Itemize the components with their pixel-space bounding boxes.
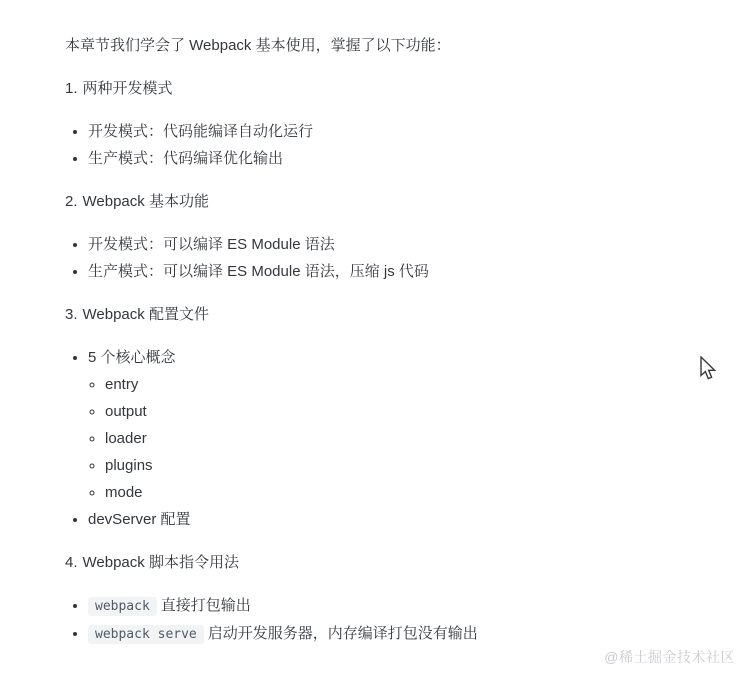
list-item: devServer 配置 [88,506,708,533]
bullet-list-3: 5 个核心概念 entry output loader plugins mode… [65,344,708,533]
sub-bullet-text: output [105,403,147,420]
article-content: 本章节我们学会了 Webpack 基本使用，掌握了以下功能： 1.两种开发模式 … [0,0,748,679]
inline-code: webpack serve [88,625,204,644]
bullet-text: 开发模式：可以编译 ES Module 语法 [88,236,335,253]
section-heading-3: 3.Webpack 配置文件 [65,301,708,328]
bullet-list-4: webpack直接打包输出 webpack serve启动开发服务器，内存编译打… [65,592,708,648]
intro-paragraph: 本章节我们学会了 Webpack 基本使用，掌握了以下功能： [65,32,708,59]
sub-bullet-text: entry [105,376,138,393]
sub-list-item: plugins [105,452,708,479]
list-item: 开发模式：代码能编译自动化运行 [88,118,708,145]
sub-list-item: output [105,398,708,425]
list-item: 生产模式：代码编译优化输出 [88,145,708,172]
section-title: Webpack 脚本指令用法 [83,554,239,571]
section-title: Webpack 基本功能 [83,193,209,210]
section-title: 两种开发模式 [83,80,173,97]
sub-list-item: entry [105,371,708,398]
bullet-text: 开发模式：代码能编译自动化运行 [88,123,313,140]
list-item: webpack serve启动开发服务器，内存编译打包没有输出 [88,620,708,648]
sub-bullet-text: loader [105,430,147,447]
list-item: webpack直接打包输出 [88,592,708,620]
section-number: 2. [65,193,78,210]
list-item: 生产模式：可以编译 ES Module 语法，压缩 js 代码 [88,258,708,285]
sub-list-core-concepts: entry output loader plugins mode [88,371,708,506]
section-title: Webpack 配置文件 [83,306,209,323]
section-number: 4. [65,554,78,571]
section-heading-2: 2.Webpack 基本功能 [65,188,708,215]
bullet-text: 生产模式：代码编译优化输出 [88,150,283,167]
bullet-text: 5 个核心概念 [88,349,176,366]
watermark: @稀土掘金技术社区 [604,647,735,667]
list-item: 5 个核心概念 entry output loader plugins mode [88,344,708,506]
bullet-text: devServer 配置 [88,511,191,528]
section-number: 1. [65,80,78,97]
bullet-text: 生产模式：可以编译 ES Module 语法，压缩 js 代码 [88,263,429,280]
bullet-text: 启动开发服务器，内存编译打包没有输出 [208,625,478,642]
section-number: 3. [65,306,78,323]
sub-bullet-text: plugins [105,457,153,474]
sub-list-item: mode [105,479,708,506]
list-item: 开发模式：可以编译 ES Module 语法 [88,231,708,258]
bullet-list-1: 开发模式：代码能编译自动化运行 生产模式：代码编译优化输出 [65,118,708,172]
section-heading-1: 1.两种开发模式 [65,75,708,102]
section-heading-4: 4.Webpack 脚本指令用法 [65,549,708,576]
sub-bullet-text: mode [105,484,143,501]
sub-list-item: loader [105,425,708,452]
inline-code: webpack [88,597,157,616]
bullet-text: 直接打包输出 [161,597,251,614]
bullet-list-2: 开发模式：可以编译 ES Module 语法 生产模式：可以编译 ES Modu… [65,231,708,285]
